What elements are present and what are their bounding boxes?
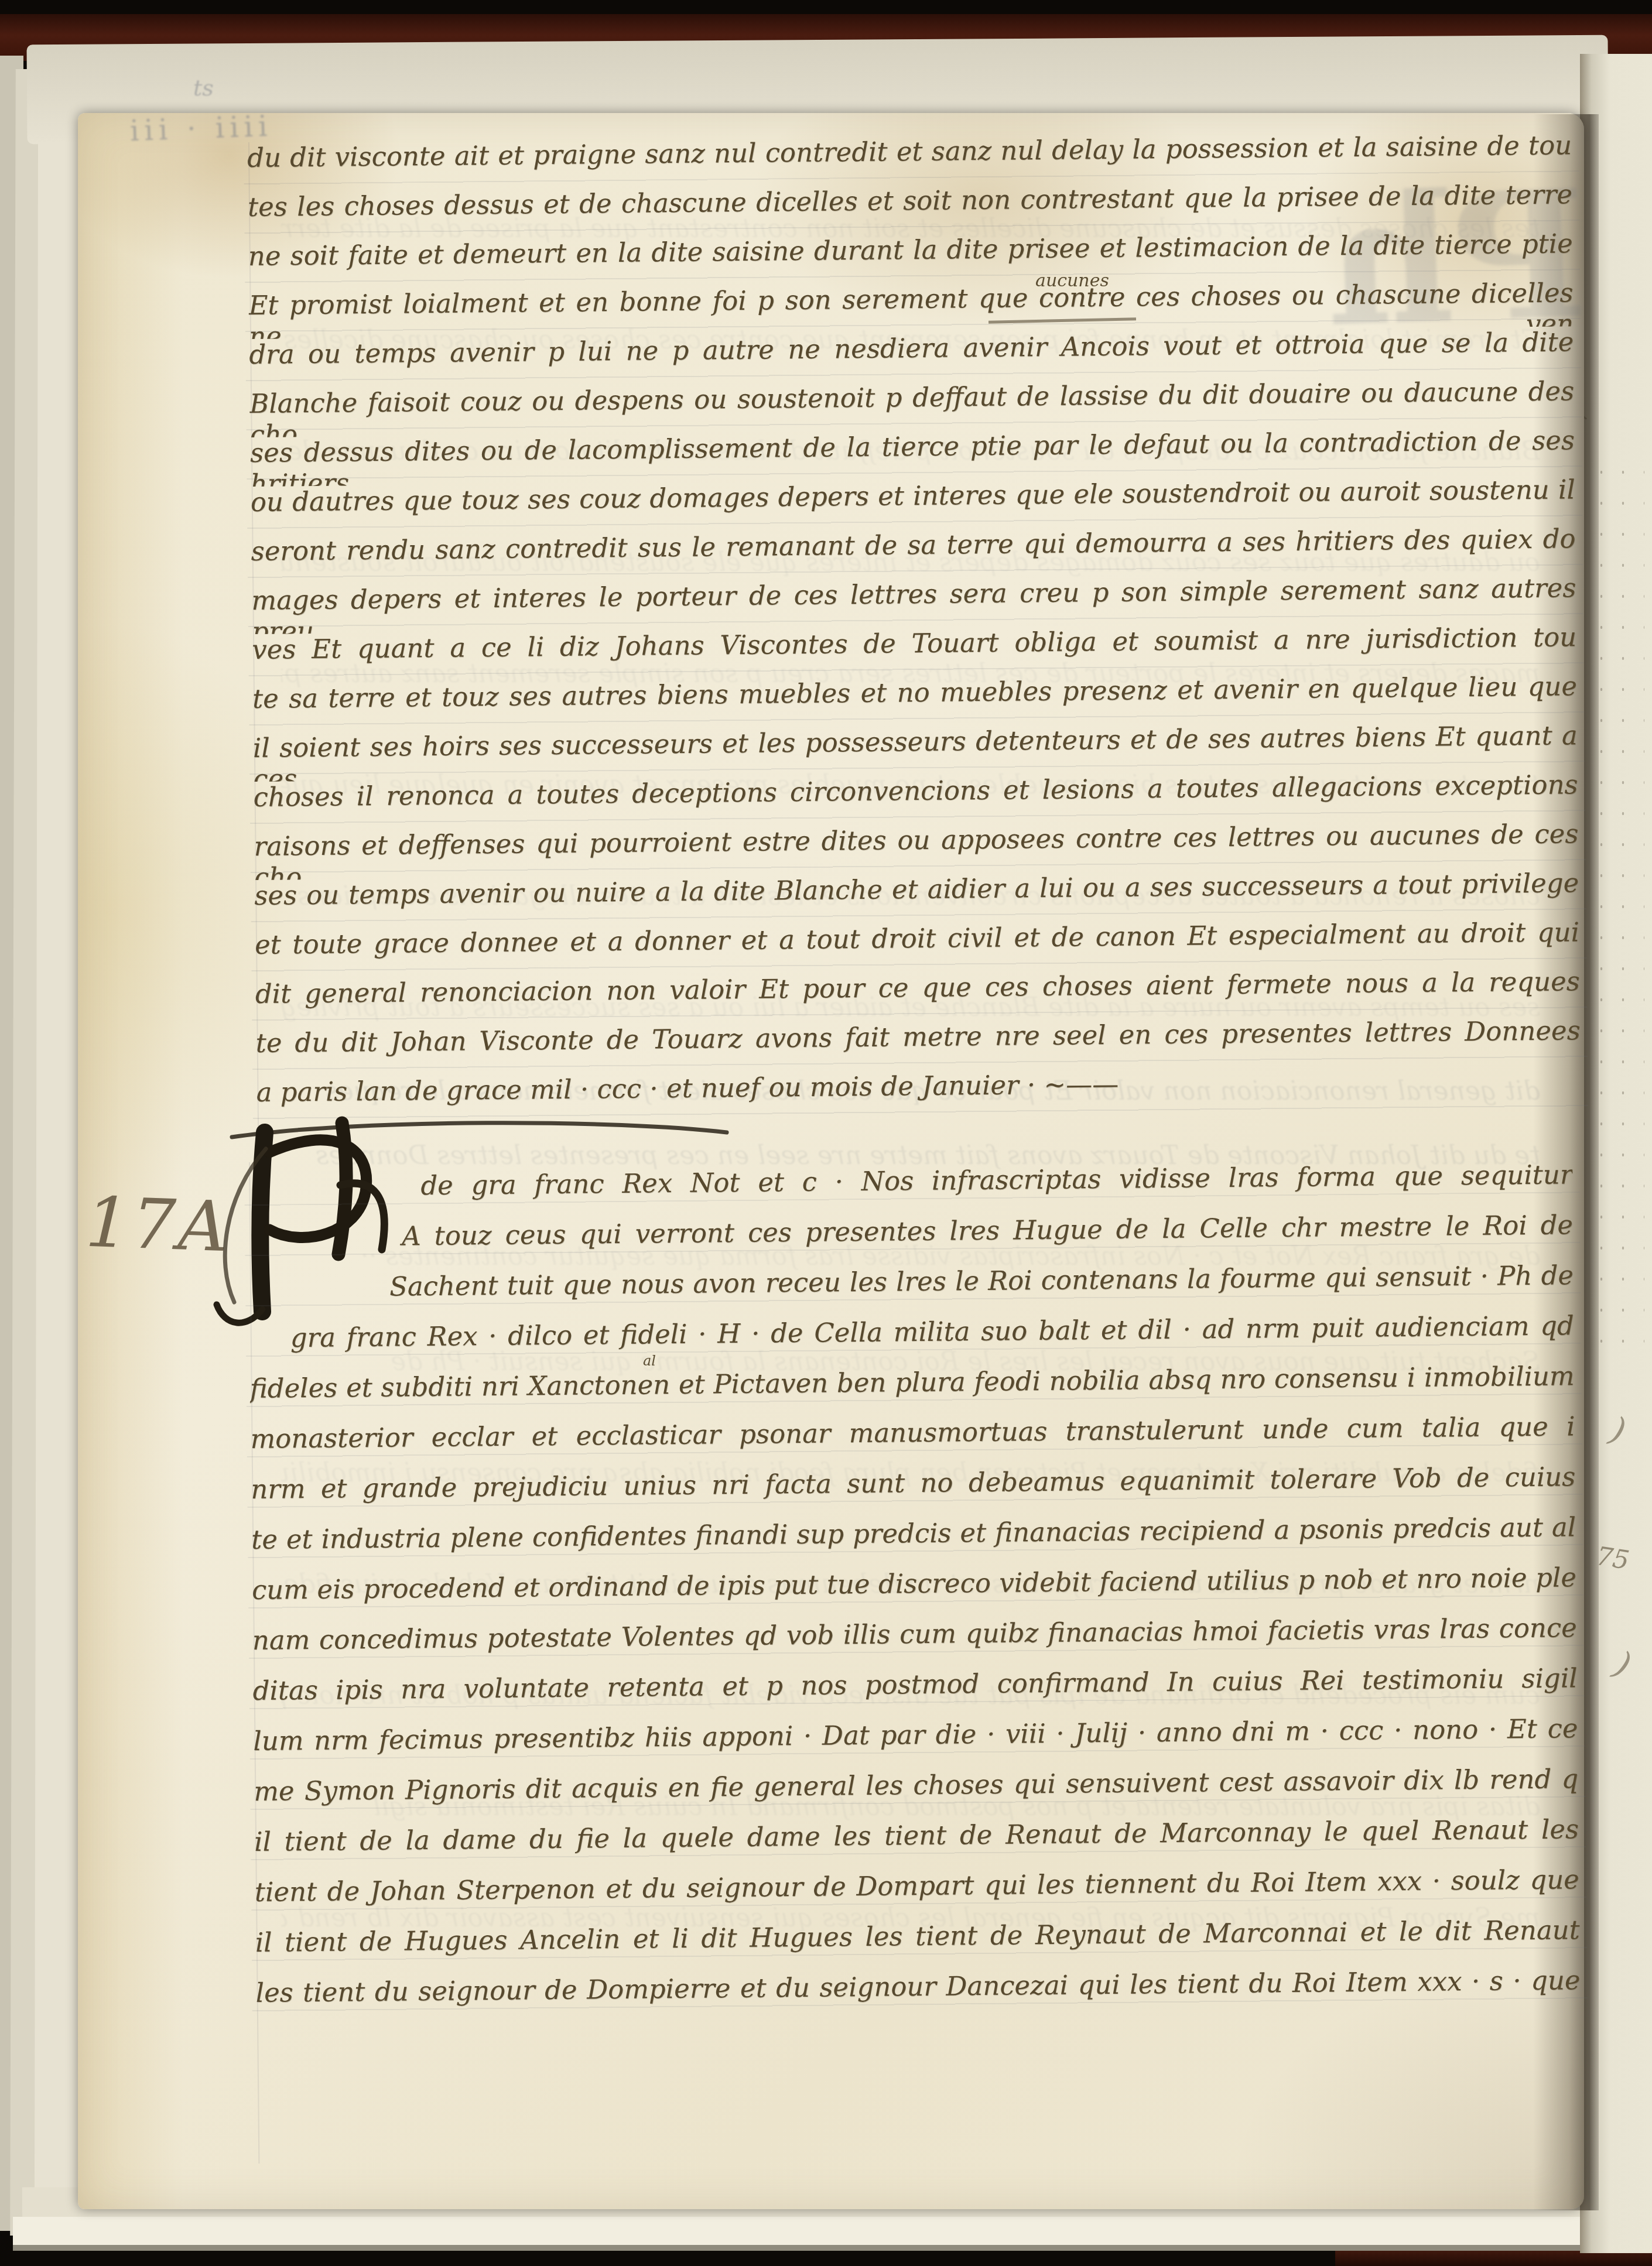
text-block-latin-act: de gra franc Rex Not et c · Nos infrascr… [248,1149,1581,2018]
interlinear-correction: aucunes [1035,271,1109,291]
text-block-lines: du dit visconte ait et praigne sanz nul … [247,129,1581,1126]
quire-mark: ts [193,75,214,101]
text-block-french-act: du dit visconte ait et praigne sanz nul … [247,129,1581,1126]
page-edge-bottom [13,2217,1635,2247]
manuscript-photo: ) ) 75 iii · iiii ts Ph 17A tes les chos… [0,0,1652,2266]
text-block-lines: de gra franc Rex Not et c · Nos infrascr… [248,1149,1581,2018]
margin-small-number: 75 [1594,1541,1631,1576]
page-edge-bottom-shadow [13,2245,1635,2251]
interlinear-correction: al [643,1353,656,1369]
